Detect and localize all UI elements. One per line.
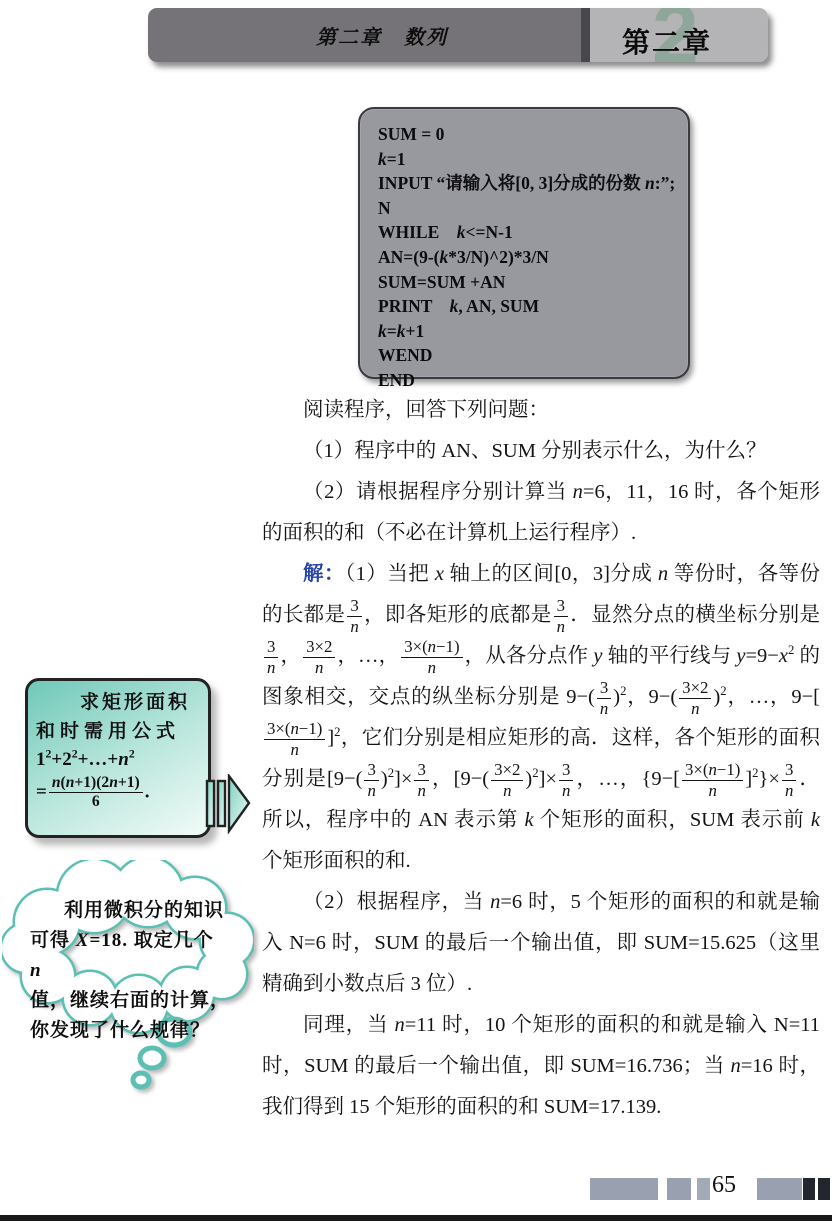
page-number: 65 xyxy=(712,1172,736,1199)
code-line: WHILE k<=N-1 xyxy=(378,220,680,245)
cloud-line: 值，继续右面的计算， xyxy=(30,986,230,1016)
bottom-rule xyxy=(0,1215,832,1221)
cloud-line: 你发现了什么规律？ xyxy=(30,1016,230,1046)
paragraph: 解：（1）当把 x 轴上的区间[0，3]分成 n 等份时，各等份的长都是3n，即… xyxy=(262,554,820,882)
code-line: END xyxy=(378,368,680,393)
cloud-line: 可得 X=18. 取定几个 n xyxy=(30,926,230,986)
formula-callout-box: 求矩形面积和时需用公式12+22+…+n2=n(n+1)(2n+1)6. xyxy=(25,678,211,838)
textbook-page: 第二章 数列 2 第二章 SUM = 0k=1INPUT “请输入将[0, 3]… xyxy=(0,0,832,1226)
footer-decoration xyxy=(667,1178,691,1200)
code-line: PRINT k, AN, SUM xyxy=(378,294,680,319)
footer-decoration xyxy=(803,1178,815,1200)
chapter-badge: 第二章 xyxy=(622,21,712,61)
double-arrow-icon xyxy=(205,774,251,834)
thought-cloud-text: 利用微积分的知识可得 X=18. 取定几个 n值，继续右面的计算，你发现了什么规… xyxy=(30,896,230,1046)
chapter-banner: 第二章 数列 2 第二章 xyxy=(148,8,768,62)
formula-line: 12+22+…+n2 xyxy=(36,746,202,775)
code-line: k=k+1 xyxy=(378,319,680,344)
banner-divider xyxy=(581,8,590,62)
formula-line: 求矩形面积 xyxy=(36,689,202,718)
code-line: INPUT “请输入将[0, 3]分成的份数 n:”; N xyxy=(378,171,680,220)
paragraph: （2）根据程序，当 n=6 时，5 个矩形的面积的和就是输入 N=6 时，SUM… xyxy=(262,882,820,1005)
footer-decoration xyxy=(697,1178,710,1200)
code-line: AN=(9-(k*3/N)^2)*3/N xyxy=(378,245,680,270)
running-title: 第二章 数列 xyxy=(316,21,448,50)
code-line: SUM=SUM +AN xyxy=(378,270,680,295)
code-line: SUM = 0 xyxy=(378,122,680,147)
code-line: WEND xyxy=(378,343,680,368)
footer-decoration xyxy=(818,1178,830,1200)
paragraph: （1）程序中的 AN、SUM 分别表示什么，为什么？ xyxy=(262,431,820,472)
paragraph: 阅读程序，回答下列问题： xyxy=(262,390,820,431)
code-line: k=1 xyxy=(378,147,680,172)
formula-callout: 求矩形面积和时需用公式12+22+…+n2=n(n+1)(2n+1)6. xyxy=(25,678,215,848)
footer-decoration xyxy=(757,1178,802,1200)
main-text: 阅读程序，回答下列问题：（1）程序中的 AN、SUM 分别表示什么，为什么？（2… xyxy=(262,390,820,1128)
paragraph: （2）请根据程序分别计算当 n=6，11，16 时，各个矩形的面积的和（不必在计… xyxy=(262,472,820,554)
chapter-badge-panel: 2 第二章 xyxy=(590,8,768,62)
chapter-banner-bar: 第二章 数列 xyxy=(148,8,581,62)
thought-cloud: 利用微积分的知识可得 X=18. 取定几个 n值，继续右面的计算，你发现了什么规… xyxy=(2,860,254,1096)
program-code-block: SUM = 0k=1INPUT “请输入将[0, 3]分成的份数 n:”; NW… xyxy=(358,107,690,379)
formula-line: =n(n+1)(2n+1)6. xyxy=(36,775,202,812)
paragraph: 同理，当 n=11 时，10 个矩形的面积的和就是输入 N=11时，SUM 的最… xyxy=(262,1005,820,1128)
formula-line: 和时需用公式 xyxy=(36,718,202,747)
footer-decoration xyxy=(590,1178,658,1200)
cloud-line: 利用微积分的知识 xyxy=(30,896,230,926)
